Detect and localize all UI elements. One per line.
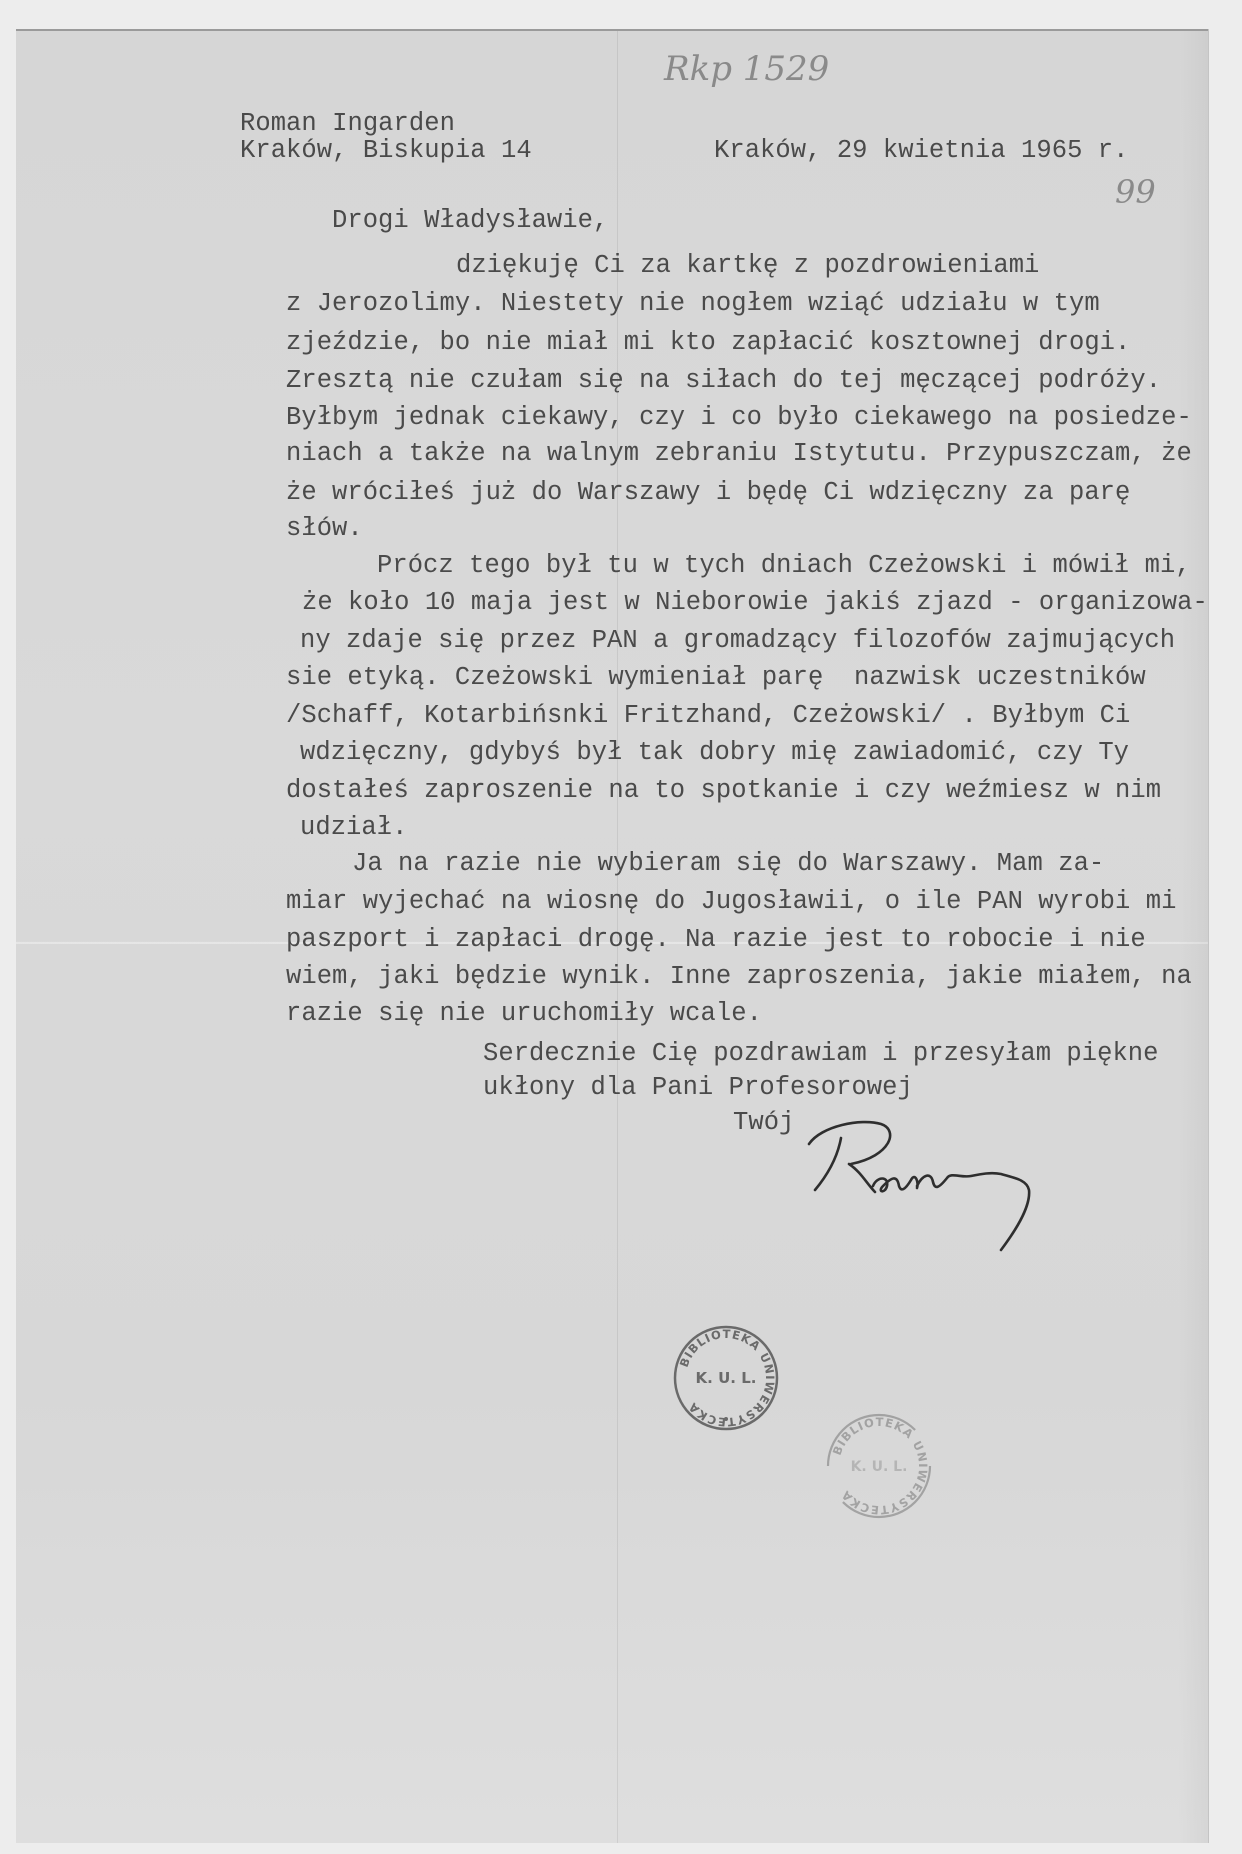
body-line: z Jerozolimy. Niestety nie nogłem wziąć … (286, 291, 1100, 317)
svg-text:K. U. L.: K. U. L. (696, 1369, 757, 1387)
body-line: zjeździe, bo nie miał mi kto zapłacić ko… (286, 330, 1130, 356)
body-line: dziękuję Ci za kartkę z pozdrowieniami (456, 253, 1039, 279)
library-stamp-kul-faded: BIBLIOTEKA UNIWERSYTECKA K. U. L. (824, 1411, 934, 1521)
body-line: wiem, jaki będzie wynik. Inne zaproszeni… (286, 964, 1192, 990)
closing-line-1: Serdecznie Cię pozdrawiam i przesyłam pi… (483, 1041, 1159, 1067)
page-number-annotation: 99 (1115, 173, 1156, 211)
body-line: niach a także na walnym zebraniu Istytut… (286, 441, 1192, 467)
body-line: dostałeś zaproszenie na to spotkanie i c… (286, 778, 1161, 804)
body-line: paszport i zapłaci drogę. Na razie jest … (286, 927, 1146, 953)
body-line: /Schaff, Kotarbińsnki Fritzhand, Czeżows… (286, 703, 1130, 729)
sender-address: Kraków, Biskupia 14 (240, 138, 532, 164)
body-line: Byłbym jednak ciekawy, czy i co było cie… (286, 405, 1192, 431)
sender-name: Roman Ingarden (240, 111, 455, 137)
body-line: Prócz tego był tu w tych dniach Czeżowsk… (377, 553, 1191, 579)
body-line: wdzięczny, gdybyś był tak dobry mię zawi… (300, 740, 1129, 766)
letter-page: Rkp 1529 99 Roman Ingarden Kraków, Bisku… (16, 29, 1208, 1843)
body-line: że wróciłeś już do Warszawy i będę Ci wd… (286, 480, 1130, 506)
body-line: Zresztą nie czułam się na siłach do tej … (286, 368, 1161, 394)
body-line: że koło 10 maja jest w Nieborowie jakiś … (302, 590, 1208, 616)
svg-text:K. U. L.: K. U. L. (851, 1459, 908, 1475)
body-line: udział. (300, 815, 407, 841)
body-line: ny zdaje się przez PAN a gromadzący filo… (300, 628, 1175, 654)
archive-annotation: Rkp 1529 (664, 49, 829, 89)
body-line: słów. (286, 516, 363, 542)
body-line: razie się nie uruchomiły wcale. (286, 1001, 762, 1027)
place-date: Kraków, 29 kwietnia 1965 r. (714, 138, 1129, 164)
salutation: Drogi Władysławie, (332, 208, 608, 234)
closing-line-2: ukłony dla Pani Profesorowej (483, 1075, 913, 1101)
library-stamp-kul: BIBLIOTEKA UNIWERSYTECKA K. U. L. (671, 1323, 781, 1433)
body-line: sie etyką. Czeżowski wymieniał parę nazw… (286, 665, 1146, 691)
body-line: Ja na razie nie wybieram się do Warszawy… (352, 851, 1104, 877)
valediction: Twój (733, 1110, 794, 1136)
handwritten-signature (801, 1116, 1041, 1256)
body-line: miar wyjechać na wiosnę do Jugosławii, o… (286, 889, 1176, 915)
